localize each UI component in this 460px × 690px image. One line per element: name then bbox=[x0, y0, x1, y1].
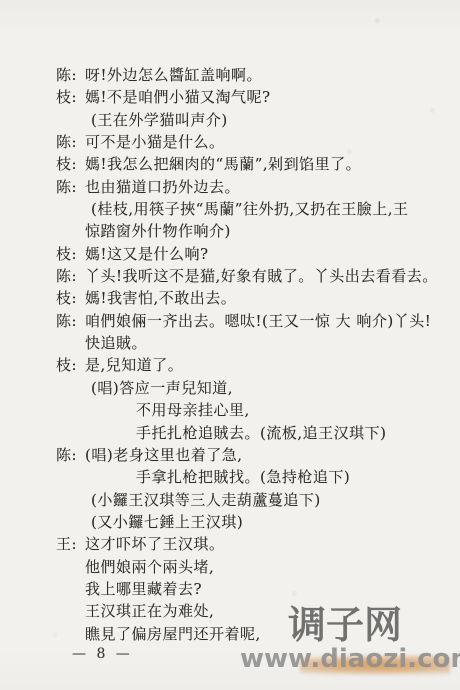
line-text: (小鑼王汉琪等三人走葫蘆蔓追下) bbox=[91, 491, 321, 509]
line-text: 媽!不是咱們小猫又淘气呢? bbox=[85, 88, 271, 106]
script-line: 陈: (唱)老身这里也着了急, bbox=[0, 444, 460, 466]
script-line: 枝: 媽!我害怕,不敢出去。 bbox=[0, 287, 460, 309]
line-text: 媽!我害怕,不敢出去。 bbox=[85, 289, 236, 307]
script-line-stage-direction: (桂枝,用筷子挾“馬蘭”往外扔,又扔在王臉上,王 bbox=[0, 198, 460, 220]
speaker-label: 王: bbox=[56, 533, 77, 555]
speaker-label: 枝: bbox=[56, 243, 77, 265]
script-line-stage-direction: (小鑼王汉琪等三人走葫蘆蔓追下) bbox=[0, 489, 460, 511]
script-line-continuation: 瞧見了偏房屋門还开着呢, bbox=[0, 623, 460, 645]
script-line-continuation: 他們娘兩个兩头堵, bbox=[0, 556, 460, 578]
line-text: (又小鑼七錘上王汉琪) bbox=[91, 513, 243, 531]
script-line: 陈: 也由猫道口扔外边去。 bbox=[0, 176, 460, 198]
line-text: 王汉琪正在为难处, bbox=[85, 602, 214, 620]
line-text: 丫头!我听这不是猫,好象有賊了。丫头出去看看去。 bbox=[85, 267, 438, 285]
line-text: (唱)老身这里也着了急, bbox=[85, 446, 242, 464]
speaker-label: 陈: bbox=[56, 131, 77, 153]
line-text: 手托扎枪追賊去。(流板,追王汉琪下) bbox=[136, 424, 386, 442]
page-number: — 8 — bbox=[72, 646, 133, 662]
line-text: (王在外学猫叫声介) bbox=[91, 111, 228, 129]
line-text: 瞧見了偏房屋門还开着呢, bbox=[85, 625, 261, 643]
script-line: 枝: 媽!不是咱們小猫又淘气呢? bbox=[0, 86, 460, 108]
script-line: 陈: 可不是小猫是什么。 bbox=[0, 131, 460, 153]
scanned-page: 陈: 呀!外边怎么醬缸盖响啊。 枝: 媽!不是咱們小猫又淘气呢? (王在外学猫叫… bbox=[0, 0, 460, 690]
line-text: 媽!我怎么把綑肉的“馬蘭”,剁到馅里了。 bbox=[85, 155, 361, 173]
speaker-label: 陈: bbox=[56, 176, 77, 198]
script-line-lyric: 手托扎枪追賊去。(流板,追王汉琪下) bbox=[0, 422, 460, 444]
line-text: 惊踏窗外什物作响介) bbox=[85, 222, 231, 240]
speaker-label: 枝: bbox=[56, 86, 77, 108]
line-text: 也由猫道口扔外边去。 bbox=[85, 178, 240, 196]
script-line: 王: 这才吓坏了王汉琪。 bbox=[0, 533, 460, 555]
watermark-site-url: www.diaozi.com bbox=[240, 645, 460, 673]
script-text-block: 陈: 呀!外边怎么醬缸盖响啊。 枝: 媽!不是咱們小猫又淘气呢? (王在外学猫叫… bbox=[0, 64, 460, 645]
line-text: 他們娘兩个兩头堵, bbox=[85, 558, 214, 576]
speaker-label: 枝: bbox=[56, 153, 77, 175]
script-line-lyric: 不用母亲挂心里, bbox=[0, 399, 460, 421]
line-text: 呀!外边怎么醬缸盖响啊。 bbox=[85, 66, 262, 84]
speaker-label: 陈: bbox=[56, 310, 77, 332]
script-line: 陈: 咱們娘倆一齐出去。嗯呔!(王又一惊 大 响介)丫头! bbox=[0, 310, 460, 332]
line-text: 不用母亲挂心里, bbox=[136, 401, 250, 419]
script-line-stage-direction: (王在外学猫叫声介) bbox=[0, 109, 460, 131]
line-text: 我上哪里藏着去? bbox=[85, 580, 202, 598]
script-line: 枝: 是,兒知道了。 bbox=[0, 354, 460, 376]
speaker-label: 陈: bbox=[56, 64, 77, 86]
script-line: 枝: 媽!这又是什么响? bbox=[0, 243, 460, 265]
script-line-lyric: 手拿扎枪把賊找。(急持枪追下) bbox=[0, 466, 460, 488]
line-text: (桂枝,用筷子挾“馬蘭”往外扔,又扔在王臉上,王 bbox=[91, 200, 409, 218]
line-text: 可不是小猫是什么。 bbox=[85, 133, 225, 151]
script-line-stage-direction: (又小鑼七錘上王汉琪) bbox=[0, 511, 460, 533]
script-line-continuation: 我上哪里藏着去? bbox=[0, 578, 460, 600]
script-line-sung-opening: (唱)答应一声兒知道, bbox=[0, 377, 460, 399]
line-text: 是,兒知道了。 bbox=[85, 356, 183, 374]
script-line: 枝: 媽!我怎么把綑肉的“馬蘭”,剁到馅里了。 bbox=[0, 153, 460, 175]
script-line: 陈: 丫头!我听这不是猫,好象有賊了。丫头出去看看去。 bbox=[0, 265, 460, 287]
line-text: 咱們娘倆一齐出去。嗯呔!(王又一惊 大 响介)丫头! bbox=[85, 312, 431, 330]
line-text: 媽!这又是什么响? bbox=[85, 245, 209, 263]
line-text: 手拿扎枪把賊找。(急持枪追下) bbox=[136, 468, 350, 486]
speaker-label: 枝: bbox=[56, 287, 77, 309]
script-line: 陈: 呀!外边怎么醬缸盖响啊。 bbox=[0, 64, 460, 86]
speaker-label: 陈: bbox=[56, 265, 77, 287]
line-text: 快追賊。 bbox=[85, 334, 147, 352]
speaker-label: 陈: bbox=[56, 444, 77, 466]
speaker-label: 枝: bbox=[56, 354, 77, 376]
line-text: (唱)答应一声兒知道, bbox=[91, 379, 233, 397]
line-text: 这才吓坏了王汉琪。 bbox=[85, 535, 225, 553]
script-line-continuation: 惊踏窗外什物作响介) bbox=[0, 220, 460, 242]
watermark-orange-residue bbox=[300, 655, 450, 675]
script-line-continuation: 快追賊。 bbox=[0, 332, 460, 354]
script-line-continuation: 王汉琪正在为难处, bbox=[0, 600, 460, 622]
